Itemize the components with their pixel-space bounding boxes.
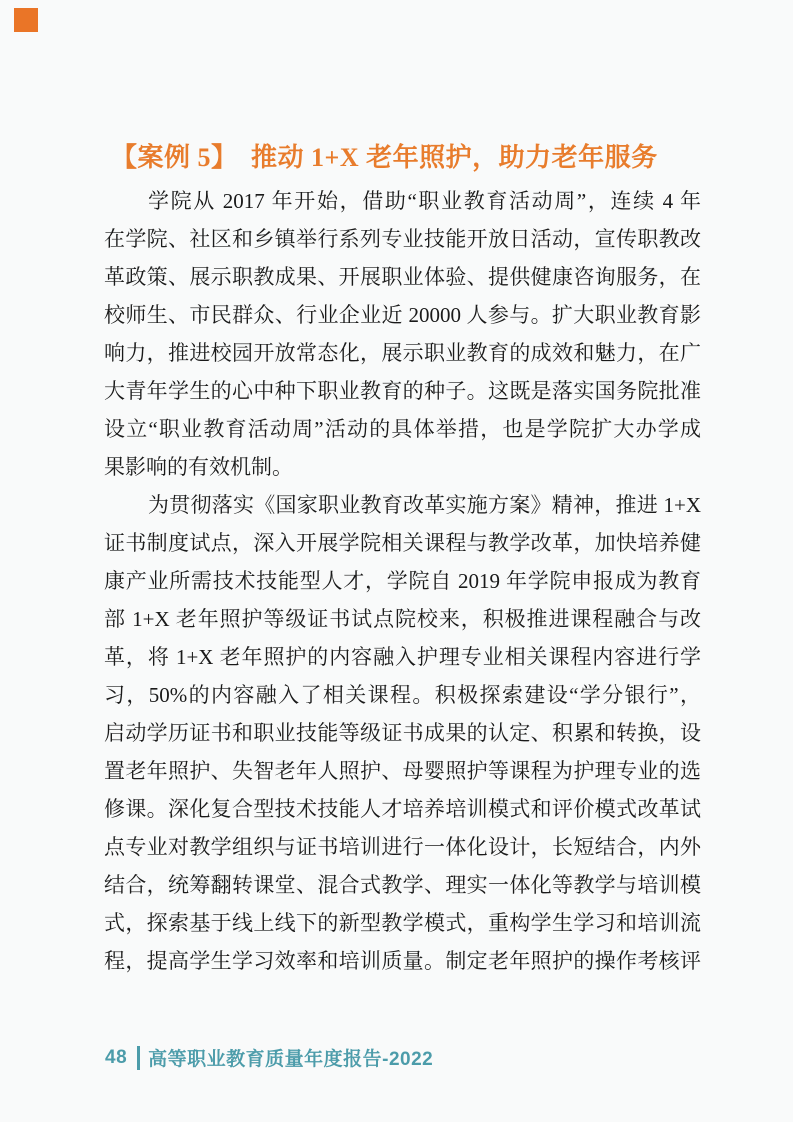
text-line: 证书制度试点，深入开展学院相关课程与教学改革，加快培养健 xyxy=(104,524,701,562)
text-line: 校师生、市民群众、行业企业近 20000 人参与。扩大职业教育影 xyxy=(104,296,701,334)
text-line: 启动学历证书和职业技能等级证书成果的认定、积累和转换，设 xyxy=(104,714,701,752)
text-line: 置老年照护、失智老年人照护、母婴照护等课程为护理专业的选 xyxy=(104,752,701,790)
footer-divider xyxy=(137,1046,140,1070)
text-line: 康产业所需技术技能型人才，学院自 2019 年学院申报成为教育 xyxy=(104,562,701,600)
page-corner-accent-square xyxy=(14,8,38,32)
text-line: 式，探索基于线上线下的新型教学模式，重构学生学习和培训流 xyxy=(104,904,701,942)
text-line: 革，将 1+X 老年照护的内容融入护理专业相关课程内容进行学 xyxy=(104,638,701,676)
text-line: 程，提高学生学习效率和培训质量。制定老年照护的操作考核评 xyxy=(104,942,701,980)
text-line: 大青年学生的心中种下职业教育的种子。这既是落实国务院批准 xyxy=(104,372,701,410)
text-line: 革政策、展示职教成果、开展职业体验、提供健康咨询服务，在 xyxy=(104,258,701,296)
text-line: 修课。深化复合型技术技能人才培养培训模式和评价模式改革试 xyxy=(104,790,701,828)
text-line: 点专业对教学组织与证书培训进行一体化设计，长短结合，内外 xyxy=(104,828,701,866)
text-line: 果影响的有效机制。 xyxy=(104,448,701,486)
report-page: 【案例 5】 推动 1+X 老年照护，助力老年服务 学院从 2017 年开始，借… xyxy=(0,0,793,1122)
page-number: 48 xyxy=(105,1047,127,1069)
text-line: 响力，推进校园开放常态化，展示职业教育的成效和魅力，在广 xyxy=(104,334,701,372)
text-line: 习，50%的内容融入了相关课程。积极探索建设“学分银行”， xyxy=(104,676,701,714)
body-text: 学院从 2017 年开始，借助“职业教育活动周”，连续 4 年在学院、社区和乡镇… xyxy=(104,182,701,980)
text-line: 学院从 2017 年开始，借助“职业教育活动周”，连续 4 年 xyxy=(104,182,701,220)
text-line: 设立“职业教育活动周”活动的具体举措，也是学院扩大办学成 xyxy=(104,410,701,448)
footer-report-title: 高等职业教育质量年度报告-2022 xyxy=(148,1044,433,1071)
page-footer: 48 高等职业教育质量年度报告-2022 xyxy=(105,1044,433,1071)
text-line: 为贯彻落实《国家职业教育改革实施方案》精神，推进 1+X xyxy=(104,486,701,524)
text-line: 结合，统筹翻转课堂、混合式教学、理实一体化等教学与培训模 xyxy=(104,866,701,904)
case-heading: 【案例 5】 推动 1+X 老年照护，助力老年服务 xyxy=(111,142,711,174)
text-line: 部 1+X 老年照护等级证书试点院校来，积极推进课程融合与改 xyxy=(104,600,701,638)
text-line: 在学院、社区和乡镇举行系列专业技能开放日活动，宣传职教改 xyxy=(104,220,701,258)
